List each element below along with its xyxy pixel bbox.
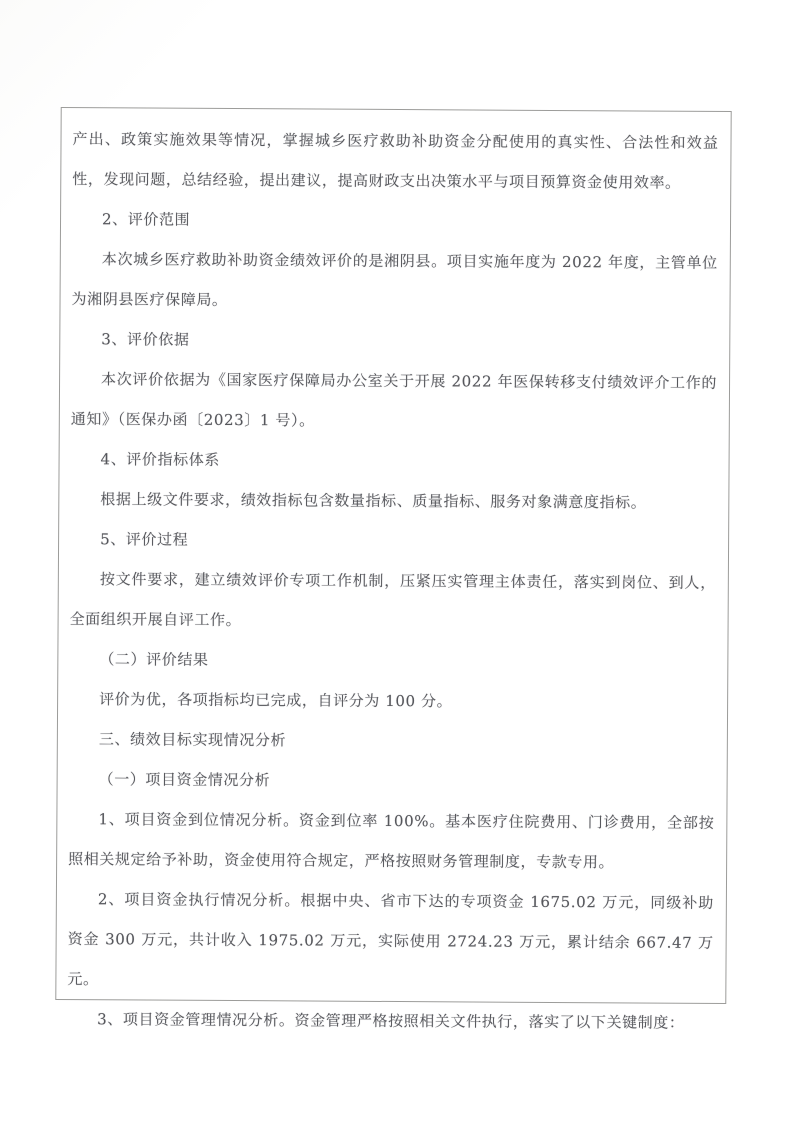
section-heading: 4、评价指标体系 [70, 439, 716, 483]
paragraph: 本次城乡医疗救助补助资金绩效评价的是湘阴县。项目实施年度为 2022 年度，主管… [71, 239, 717, 323]
paragraph: 1、项目资金到位情况分析。资金到位率 100%。基本医疗住院费用、门诊费用，全部… [68, 799, 714, 883]
paragraph: 本次评价依据为《国家医疗保障局办公室关于开展 2022 年医保转移支付绩效评介工… [71, 359, 717, 443]
section-heading: 3、评价依据 [71, 319, 717, 363]
paragraph: 3、项目资金管理情况分析。资金管理严格按照相关文件执行，落实了以下关键制度： [67, 999, 713, 1043]
section-heading: 三、绩效目标实现情况分析 [69, 719, 715, 763]
paragraph: 根据上级文件要求，绩效指标包含数量指标、质量指标、服务对象满意度指标。 [70, 479, 716, 523]
document-body: 产出、政策实施效果等情况，掌握城乡医疗救助补助资金分配使用的真实性、合法性和效益… [67, 119, 719, 1043]
document-cell: 产出、政策实施效果等情况，掌握城乡医疗救助补助资金分配使用的真实性、合法性和效益… [55, 107, 731, 1004]
section-heading: （二）评价结果 [69, 639, 715, 683]
section-heading: 2、评价范围 [72, 199, 718, 243]
scanned-page: 产出、政策实施效果等情况，掌握城乡医疗救助补助资金分配使用的真实性、合法性和效益… [0, 0, 794, 1122]
section-heading: 5、评价过程 [70, 519, 716, 563]
paragraph: 按文件要求，建立绩效评价专项工作机制，压紧压实管理主体责任，落实到岗位、到人，全… [69, 559, 715, 643]
section-heading: （一）项目资金情况分析 [69, 759, 715, 803]
paragraph: 产出、政策实施效果等情况，掌握城乡医疗救助补助资金分配使用的真实性、合法性和效益… [72, 119, 718, 203]
paragraph: 2、项目资金执行情况分析。根据中央、省市下达的专项资金 1675.02 万元，同… [67, 879, 714, 1003]
paragraph: 评价为优，各项指标均已完成，自评分为 100 分。 [69, 679, 715, 723]
